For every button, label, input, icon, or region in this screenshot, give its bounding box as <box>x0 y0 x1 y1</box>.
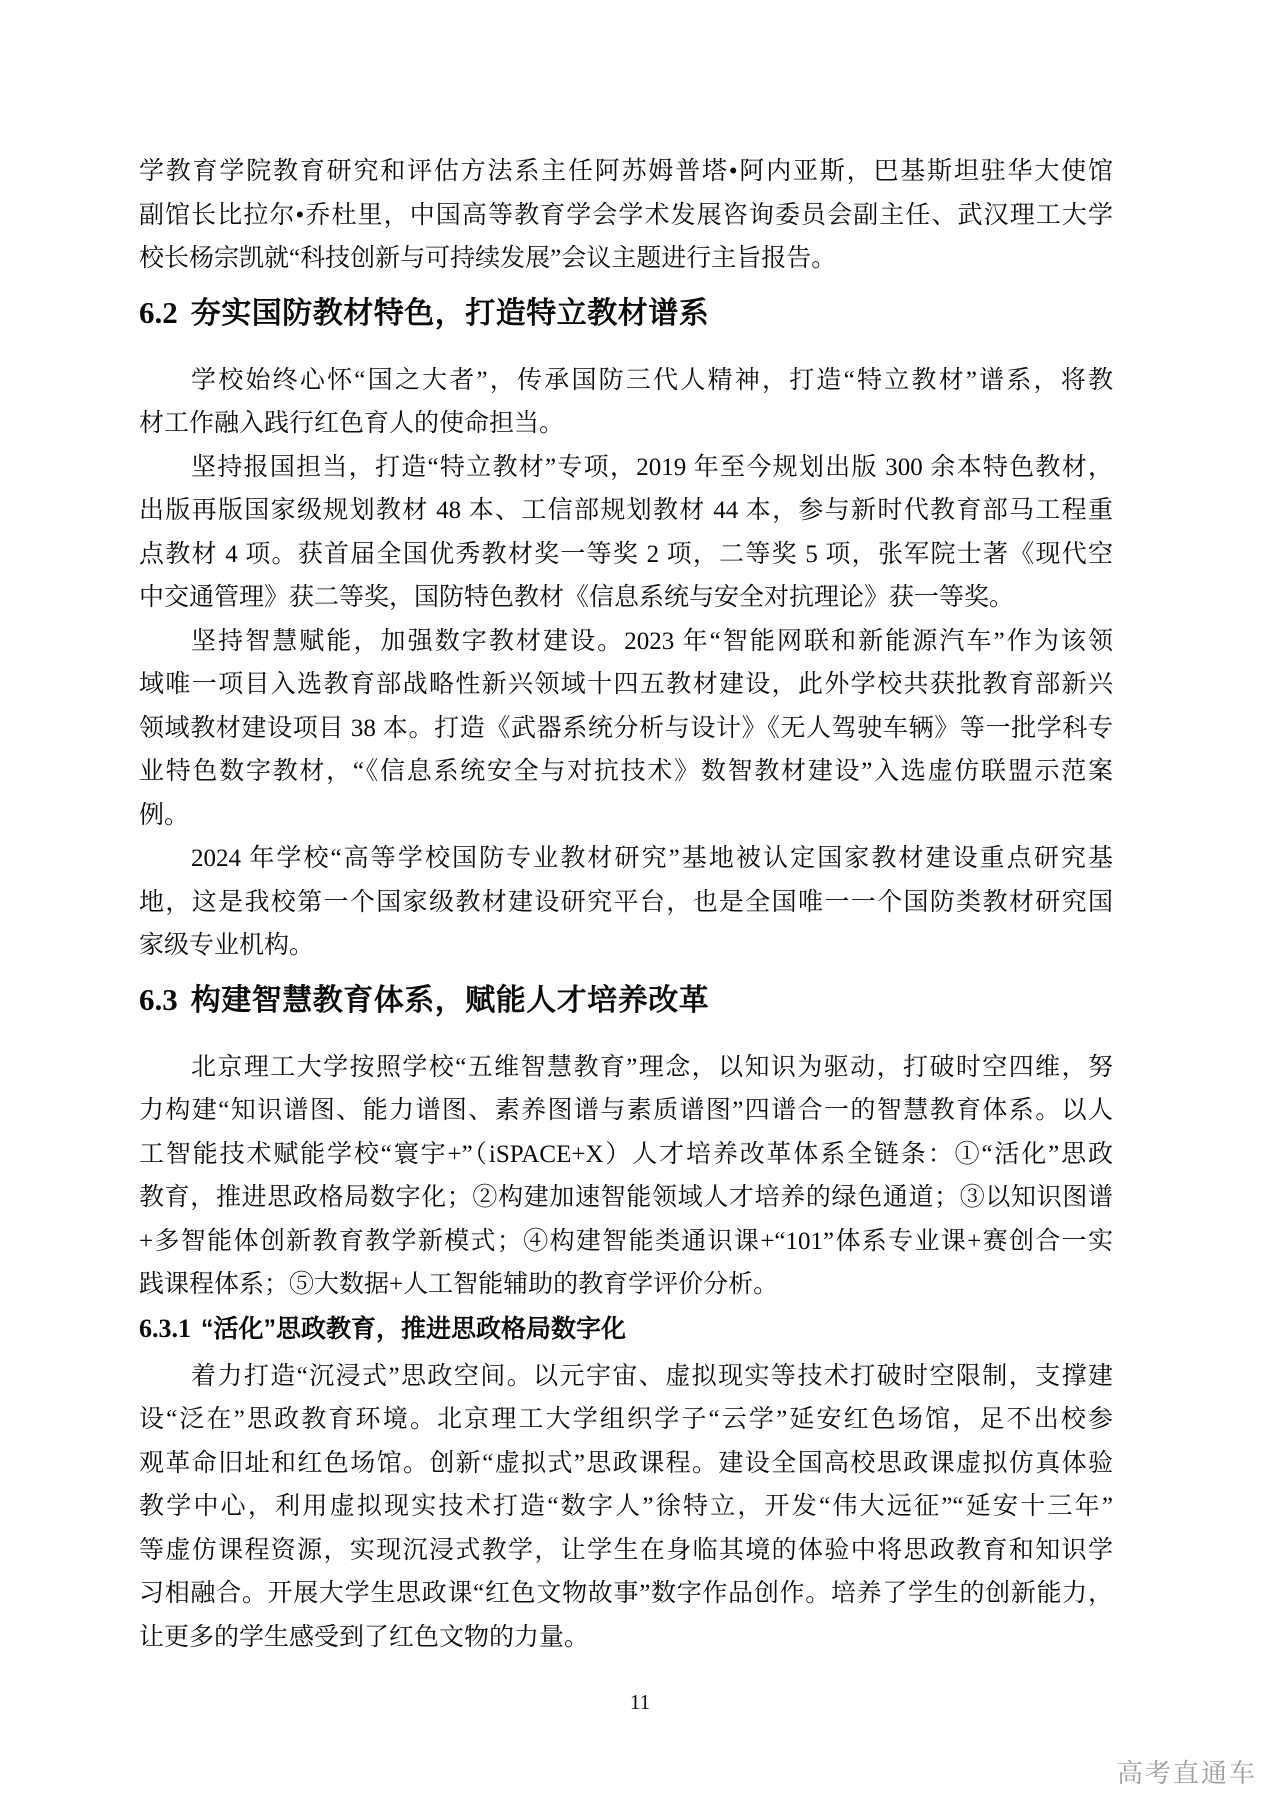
section-heading-6-3-1: 6.3.1“活化”思政教育，推进思政格局数字化 <box>139 1307 1113 1355</box>
text-line: 观革命旧址和红色场馆。创新“虚拟式”思政课程。建设全国高校思政课虚拟仿真体验 <box>139 1442 1113 1486</box>
text-line: 学校始终心怀“国之大者”，传承国防三代人精神，打造“特立教材”谱系，将教 <box>139 359 1113 403</box>
body-paragraph: 北京理工大学按照学校“五维智慧教育”理念，以知识为驱动，打破时空四维，努力构建“… <box>139 1046 1113 1307</box>
text-line: 校长杨宗凯就“科技创新与可持续发展”会议主题进行主旨报告。 <box>139 237 1113 281</box>
body-paragraph: 坚持报国担当，打造“特立教材”专项，2019 年至今规划出版 300 余本特色教… <box>139 446 1113 620</box>
text-line: 等虚仿课程资源，实现沉浸式教学，让学生在身临其境的体验中将思政教育和知识学 <box>139 1529 1113 1573</box>
text-line: 工智能技术赋能学校“寰宇+”（iSPACE+X）人才培养改革体系全链条：①“活化… <box>139 1133 1113 1177</box>
body-paragraph: 学校始终心怀“国之大者”，传承国防三代人精神，打造“特立教材”谱系，将教材工作融… <box>139 359 1113 446</box>
text-line: 学教育学院教育研究和评估方法系主任阿苏姆普塔•阿内亚斯，巴基斯坦驻华大使馆 <box>139 150 1113 194</box>
text-line: 让更多的学生感受到了红色文物的力量。 <box>139 1616 1113 1660</box>
text-line: 着力打造“沉浸式”思政空间。以元宇宙、虚拟现实等技术打破时空限制，支撑建 <box>139 1355 1113 1399</box>
page-number: 11 <box>0 1690 1280 1715</box>
text-line: 北京理工大学按照学校“五维智慧教育”理念，以知识为驱动，打破时空四维，努 <box>139 1046 1113 1090</box>
heading-title: 夯实国防教材特色，打造特立教材谱系 <box>191 297 710 330</box>
text-line: 2024 年学校“高等学校国防专业教材研究”基地被认定国家教材建设重点研究基 <box>139 837 1113 881</box>
text-line: 中交通管理》获二等奖，国防特色教材《信息系统与安全对抗理论》获一等奖。 <box>139 576 1113 620</box>
text-line: 领域教材建设项目 38 本。打造《武器系统分析与设计》《无人驾驶车辆》等一批学科… <box>139 707 1113 751</box>
text-line: 家级专业机构。 <box>139 924 1113 968</box>
text-line: 点教材 4 项。获首届全国优秀教材奖一等奖 2 项，二等奖 5 项，张军院士著《… <box>139 533 1113 577</box>
text-line: 例。 <box>139 794 1113 838</box>
page-content: 学教育学院教育研究和评估方法系主任阿苏姆普塔•阿内亚斯，巴基斯坦驻华大使馆副馆长… <box>139 150 1113 1659</box>
text-line: +多智能体创新教育教学新模式；④构建智能类通识课+“101”体系专业课+赛创合一… <box>139 1220 1113 1264</box>
text-line: 地，这是我校第一个国家级教材建设研究平台，也是全国唯一一个国防类教材研究国 <box>139 881 1113 925</box>
text-line: 习相融合。开展大学生思政课“红色文物故事”数字作品创作。培养了学生的创新能力， <box>139 1572 1113 1616</box>
text-line: 设“泛在”思政教育环境。北京理工大学组织学子“云学”延安红色场馆，足不出校参 <box>139 1398 1113 1442</box>
body-paragraph: 2024 年学校“高等学校国防专业教材研究”基地被认定国家教材建设重点研究基地，… <box>139 837 1113 968</box>
document-page: 学教育学院教育研究和评估方法系主任阿苏姆普塔•阿内亚斯，巴基斯坦驻华大使馆副馆长… <box>0 0 1280 1810</box>
section-heading-6-3: 6.3构建智慧教育体系，赋能人才培养改革 <box>139 977 1113 1029</box>
heading-number: 6.3 <box>139 982 178 1017</box>
body-paragraph: 学教育学院教育研究和评估方法系主任阿苏姆普塔•阿内亚斯，巴基斯坦驻华大使馆副馆长… <box>139 150 1113 281</box>
text-line: 坚持报国担当，打造“特立教材”专项，2019 年至今规划出版 300 余本特色教… <box>139 446 1113 490</box>
text-line: 出版再版国家级规划教材 48 本、工信部规划教材 44 本，参与新时代教育部马工… <box>139 489 1113 533</box>
text-line: 教育，推进思政格局数字化；②构建加速智能领域人才培养的绿色通道；③以知识图谱 <box>139 1176 1113 1220</box>
text-line: 力构建“知识谱图、能力谱图、素养图谱与素质谱图”四谱合一的智慧教育体系。以人 <box>139 1089 1113 1133</box>
heading-title: 构建智慧教育体系，赋能人才培养改革 <box>191 984 710 1017</box>
section-heading-6-2: 6.2夯实国防教材特色，打造特立教材谱系 <box>139 290 1113 342</box>
body-paragraph: 坚持智慧赋能，加强数字教材建设。2023 年“智能网联和新能源汽车”作为该领域唯… <box>139 620 1113 838</box>
text-line: 坚持智慧赋能，加强数字教材建设。2023 年“智能网联和新能源汽车”作为该领 <box>139 620 1113 664</box>
text-line: 副馆长比拉尔•乔杜里，中国高等教育学会学术发展咨询委员会副主任、武汉理工大学 <box>139 194 1113 238</box>
watermark: 高考直通车 <box>1117 1753 1257 1790</box>
text-line: 域唯一项目入选教育部战略性新兴领域十四五教材建设，此外学校共获批教育部新兴 <box>139 663 1113 707</box>
heading-title: “活化”思政教育，推进思政格局数字化 <box>201 1315 626 1343</box>
text-line: 材工作融入践行红色育人的使命担当。 <box>139 402 1113 446</box>
text-line: 教学中心，利用虚拟现实技术打造“数字人”徐特立，开发“伟大远征”“延安十三年” <box>139 1485 1113 1529</box>
text-line: 业特色数字教材，“《信息系统安全与对抗技术》数智教材建设”入选虚仿联盟示范案 <box>139 750 1113 794</box>
heading-number: 6.3.1 <box>139 1314 191 1343</box>
heading-number: 6.2 <box>139 295 178 330</box>
body-paragraph: 着力打造“沉浸式”思政空间。以元宇宙、虚拟现实等技术打破时空限制，支撑建设“泛在… <box>139 1355 1113 1660</box>
text-line: 践课程体系；⑤大数据+人工智能辅助的教育学评价分析。 <box>139 1263 1113 1307</box>
